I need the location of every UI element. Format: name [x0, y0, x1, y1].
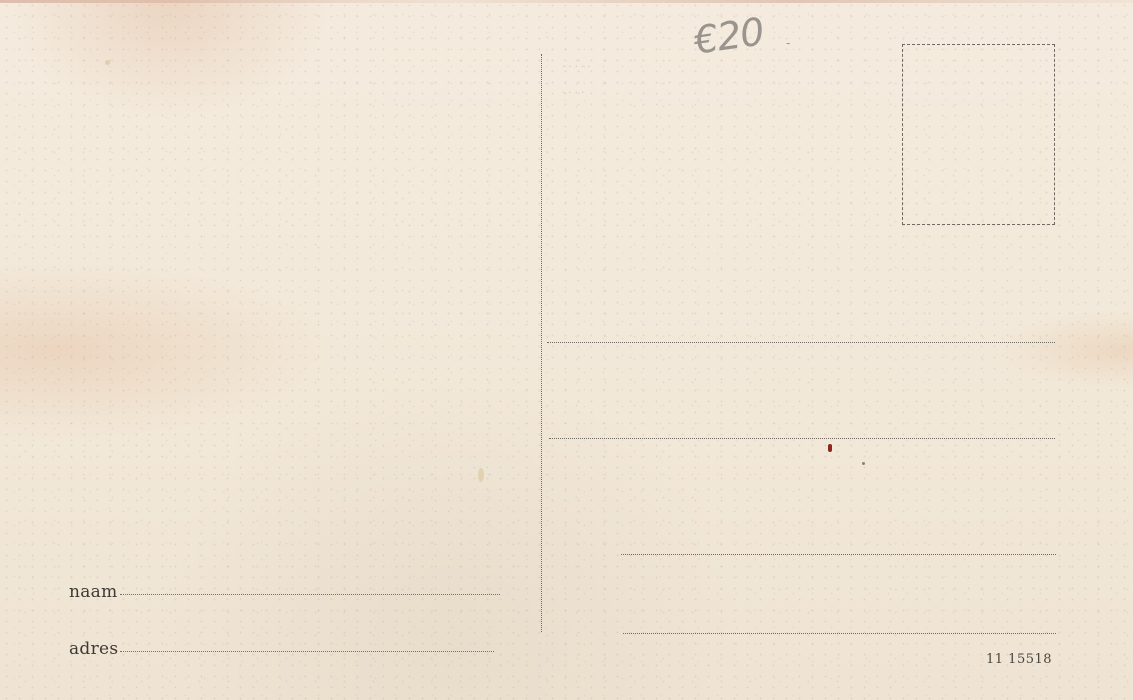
- stamp-box: [902, 44, 1055, 225]
- handwritten-price: €20: [691, 9, 766, 62]
- handwritten-mark: -: [786, 36, 800, 46]
- postcard-back: · · · · · · · · · €20 - naam adres 11 15…: [0, 0, 1133, 700]
- speck: [862, 462, 865, 465]
- center-divider-line: [541, 54, 542, 632]
- adres-dotted-line: [120, 651, 494, 652]
- address-line-3: [621, 554, 1056, 555]
- naam-dotted-line: [120, 594, 500, 595]
- worn-top-edge: [0, 0, 1133, 3]
- naam-label: naam: [69, 582, 118, 602]
- stain-mark: [478, 468, 484, 482]
- stain-mark: [105, 60, 110, 65]
- sender-address-field: adres: [69, 639, 494, 659]
- address-line-4: [623, 633, 1056, 634]
- address-line-1: [547, 342, 1055, 343]
- red-stain: [828, 444, 832, 452]
- address-line-2: [549, 438, 1055, 439]
- faint-imprint: · · · · · · · · ·: [562, 55, 591, 107]
- serial-number: 11 15518: [986, 652, 1052, 667]
- adres-label: adres: [69, 639, 118, 659]
- sender-name-field: naam: [69, 582, 500, 602]
